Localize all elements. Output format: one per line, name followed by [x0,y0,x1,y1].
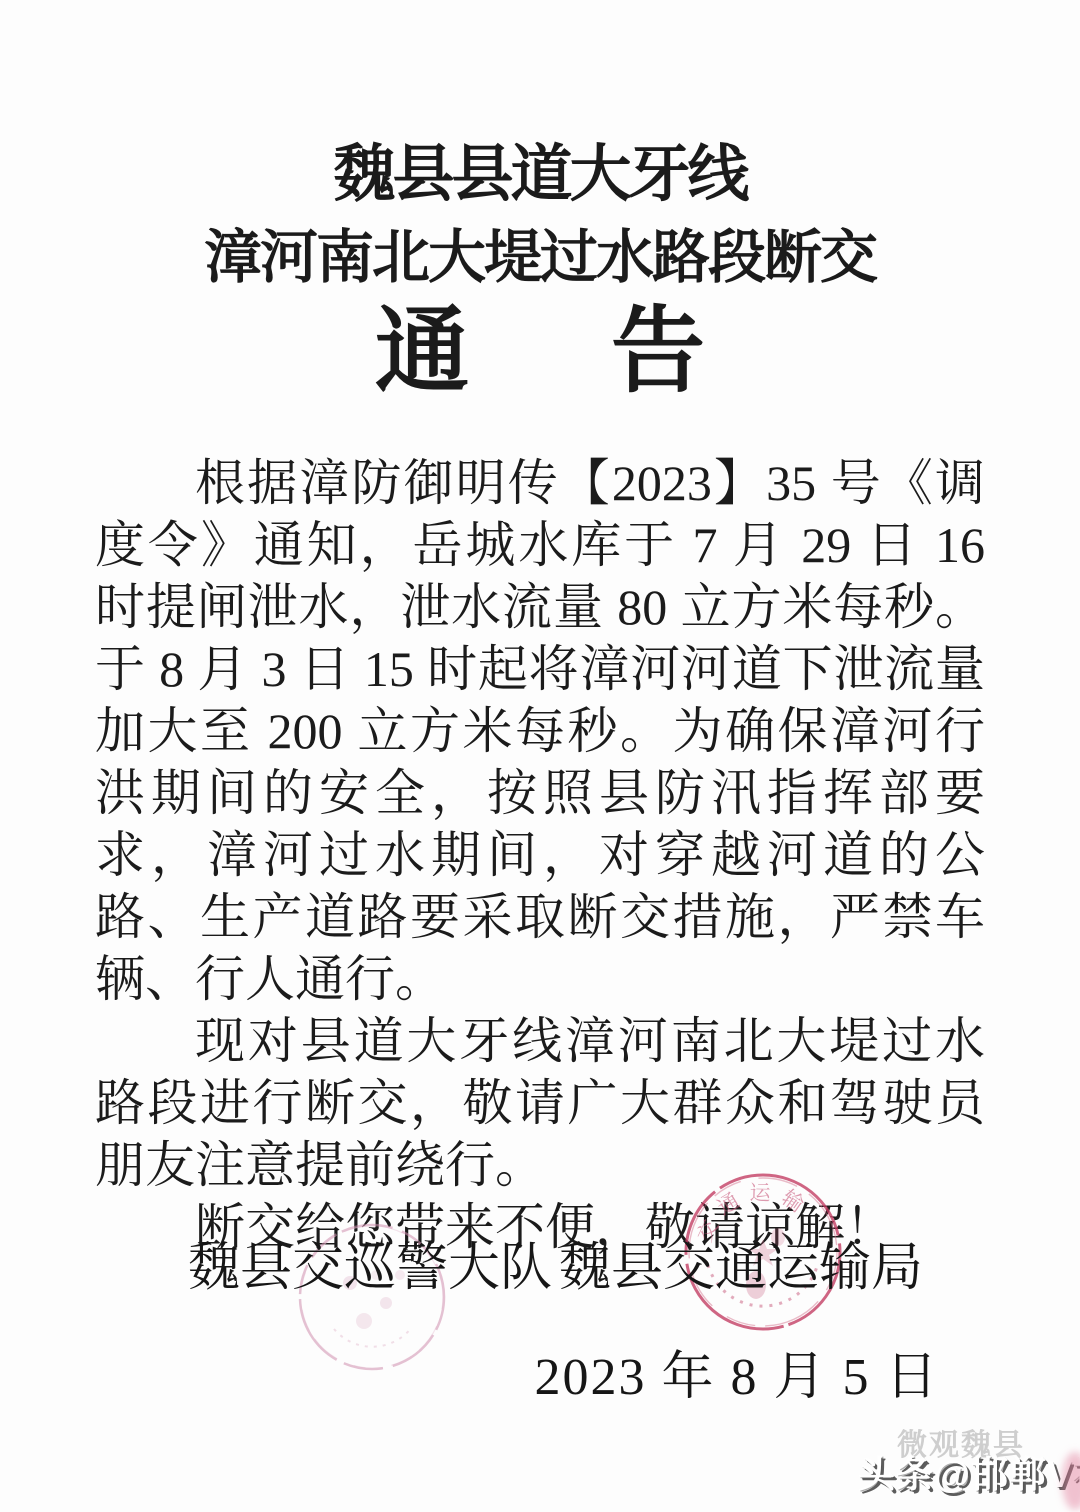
notice-title-main: 通 告 [0,300,1080,404]
signature-transport-bureau: 魏县交通运输局 [559,1240,923,1298]
signature-police-brigade: 魏县交巡警大队 [188,1240,552,1298]
toutiao-watermark: 头条@邯郸V视 [858,1444,1080,1498]
notice-page: 魏县县道大牙线 漳河南北大堤过水路段断交 通 告 根据漳防御明传【2023】35… [0,0,1080,1512]
notice-title-char-1: 通 [375,300,469,404]
notice-title-line-1: 魏县县道大牙线 [0,142,1080,208]
pink-edge-smudge [1062,1452,1080,1510]
notice-paragraph: 根据漳防御明传【2023】35 号《调度令》通知，岳城水库于 7 月 29 日 … [95,452,985,1010]
notice-date: 2023 年 8 月 5 日 [534,1334,939,1409]
notice-title-char-2: 告 [611,300,705,404]
notice-title-line-2: 漳河南北大堤过水路段断交 [0,226,1080,290]
notice-paragraph: 现对县道大牙线漳河南北大堤过水路段进行断交，敬请广大群众和驾驶员朋友注意提前绕行… [95,1010,985,1196]
notice-body: 根据漳防御明传【2023】35 号《调度令》通知，岳城水库于 7 月 29 日 … [95,452,985,1258]
